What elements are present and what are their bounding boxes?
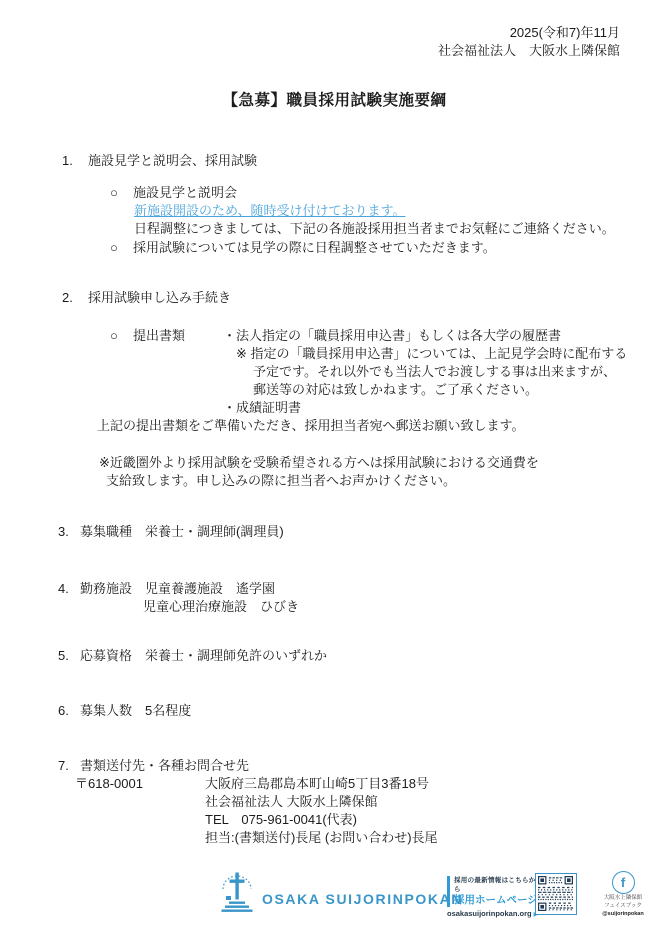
address-line: 大阪府三島郡島本町山崎5丁目3番18号 [205, 775, 429, 793]
page-title: 【急募】職員採用試験実施要綱 [0, 88, 669, 110]
facebook-handle: @suijorinpokan [592, 911, 654, 918]
qr-code [535, 873, 577, 915]
documents-label: 提出書類 [133, 327, 185, 345]
header-organization: 社会福祉法人 大阪水上隣保館 [438, 42, 620, 60]
section-1-item-exam: 採用試験については見学の際に日程調整させていただきます。 [133, 239, 496, 257]
schedule-note: 日程調整につきましては、下記の各施設採用担当者までお気軽にご連絡ください。 [134, 220, 615, 238]
facebook-caption-line-1: 大阪水上隣保館 [592, 895, 654, 902]
section-1-heading: 施設見学と説明会、採用試験 [88, 152, 257, 170]
section-1-number: 1. [62, 152, 73, 170]
facebook-block: f 大阪水上隣保館 フェイスブック @suijorinpokan [592, 871, 654, 918]
document-header: 2025(令和7)年11月 社会福祉法人 大阪水上隣保館 [438, 24, 620, 60]
section-4-facility-2: 児童心理治療施設 ひびき [143, 598, 299, 616]
section-3-number: 3. [58, 523, 69, 541]
recruit-homepage-block[interactable]: 採用の最新情報はこちらから 採用ホームページ osakasuijorinpoka… [447, 876, 539, 920]
circle-bullet-icon: ○ [110, 239, 118, 257]
application-note-line-1: ※ 指定の「職員採用申込書」については、上記見学会時に配布する [236, 345, 627, 363]
section-2-heading: 採用試験申し込み手続き [88, 289, 231, 307]
qr-code-pattern [538, 876, 573, 911]
circle-bullet-icon: ○ [110, 184, 118, 202]
contact-person-line: 担当:(書類送付)長尾 (お問い合わせ)長尾 [205, 829, 438, 847]
cross-logo-icon [220, 869, 254, 913]
mailing-note: 上記の提出書類をご準備いただき、採用担当者宛へ郵送お願い致します。 [97, 417, 524, 435]
organization-logo: OSAKA SUIJORINPOKAN [220, 869, 463, 913]
recruit-url[interactable]: osakasuijorinpokan.org▶ [447, 909, 539, 920]
section-7-number: 7. [58, 757, 69, 775]
anytime-accepting-link[interactable]: 新施設開設のため、随時受け付けております。 [134, 202, 405, 220]
postal-code: 〒618-0001 [75, 775, 143, 793]
section-4-number: 4. [58, 580, 69, 598]
facebook-f-glyph: f [621, 876, 625, 889]
circle-bullet-icon: ○ [110, 327, 118, 345]
section-5-number: 5. [58, 647, 69, 665]
section-7-heading: 書類送付先・各種お問合せ先 [80, 757, 249, 775]
travel-expense-note-line-1: ※近畿圏外より採用試験を受験希望される方へは採用試験における交通費を [99, 454, 539, 472]
section-4-facility-1: 勤務施設 児童養護施設 遙学園 [80, 580, 275, 598]
travel-expense-note-line-2: 支給致します。申し込みの際に担当者へお声かけください。 [106, 472, 456, 490]
recruit-url-text: osakasuijorinpokan.org [447, 909, 532, 918]
header-date: 2025(令和7)年11月 [438, 24, 620, 42]
organization-name: 社会福祉法人 大阪水上隣保館 [205, 793, 378, 811]
section-5-qualifications: 応募資格 栄養士・調理師免許のいずれか [80, 647, 327, 665]
document-item-application: ・法人指定の「職員採用申込書」もしくは各大学の履歴書 [223, 327, 561, 345]
application-note-line-2: 予定です。それ以外でも当法人でお渡しする事は出来ますが、 [253, 363, 616, 381]
logo-text: OSAKA SUIJORINPOKAN [262, 891, 463, 907]
section-3-positions: 募集職種 栄養士・調理師(調理員) [80, 523, 284, 541]
section-2-number: 2. [62, 289, 73, 307]
document-item-transcript: ・成績証明書 [223, 399, 301, 417]
recruit-homepage-banner: 採用の最新情報はこちらから 採用ホームページ [447, 876, 539, 907]
application-note-line-3: 郵送等の対応は致しかねます。ご了承ください。 [253, 381, 538, 399]
section-6-headcount: 募集人数 5名程度 [80, 702, 191, 720]
facebook-caption-line-2: フェイスブック [592, 903, 654, 910]
recruit-homepage-label: 採用ホームページ [454, 894, 539, 907]
section-6-number: 6. [58, 702, 69, 720]
document-page: 2025(令和7)年11月 社会福祉法人 大阪水上隣保館 【急募】職員採用試験実… [0, 0, 669, 947]
section-1-item-tour: 施設見学と説明会 [133, 184, 237, 202]
facebook-icon[interactable]: f [612, 871, 635, 894]
telephone-line: TEL 075-961-0041(代表) [205, 811, 357, 829]
recruit-catchphrase: 採用の最新情報はこちらから [454, 876, 539, 894]
